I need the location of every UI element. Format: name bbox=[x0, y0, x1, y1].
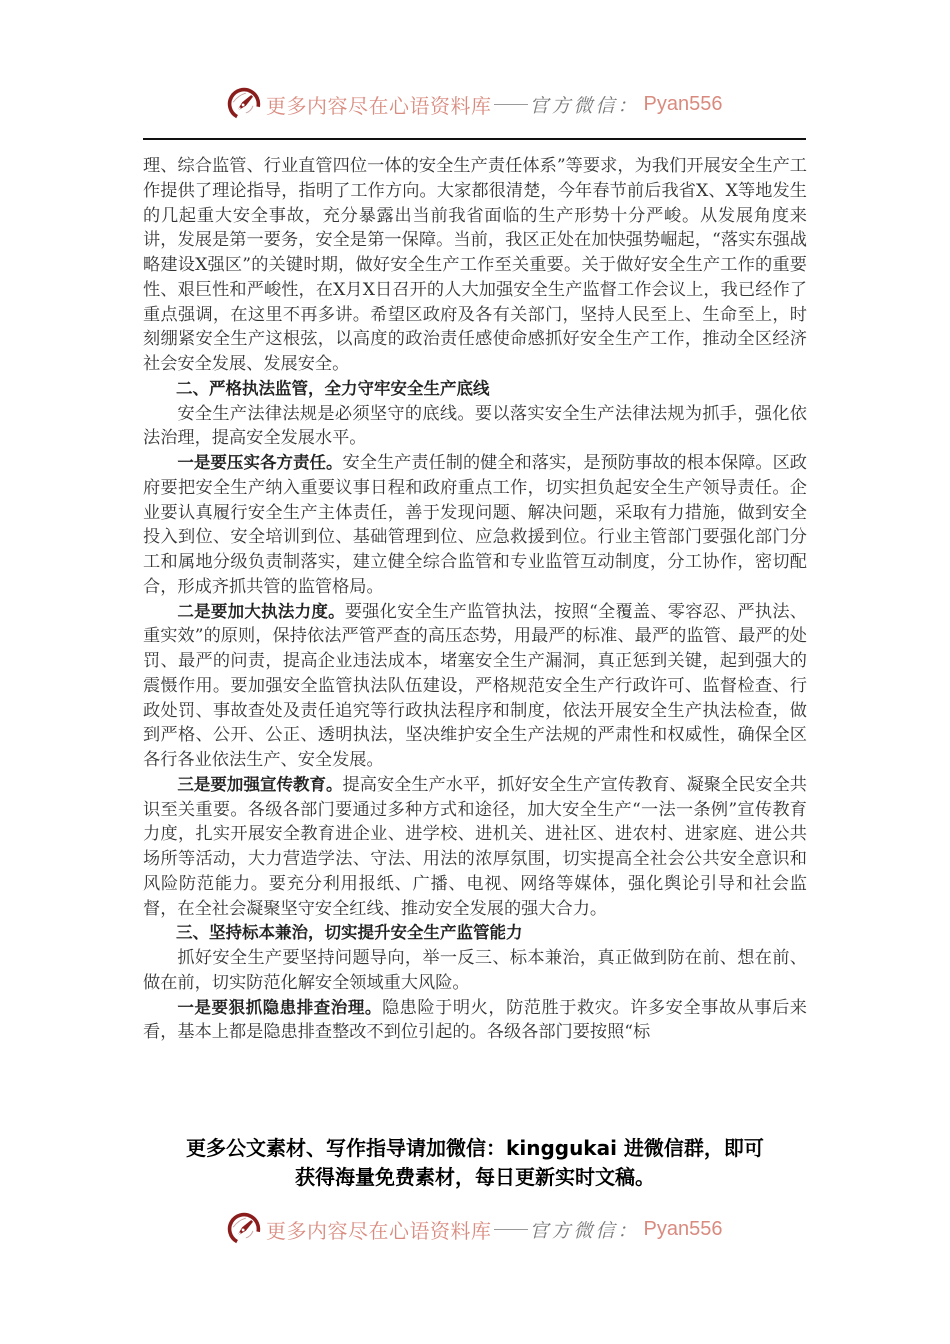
promo-banner: 更多公文素材、写作指导请加微信：kinggukai 进微信群，即可 获得海量免费… bbox=[140, 1134, 810, 1192]
section-2-intro-paragraph: 安全生产法律法规是必须坚守的底线。要以落实安全生产法律法规为抓手，强化依法治理，… bbox=[143, 402, 807, 452]
watermark-dash bbox=[494, 104, 528, 105]
lead-phrase: 三是要加强宣传教育。 bbox=[177, 775, 342, 794]
document-body: 理、综合监管、行业直管四位一体的安全生产责任体系”等要求，为我们开展安全生产工作… bbox=[143, 154, 807, 1045]
paragraph-text: 要强化安全生产监管执法，按照“全覆盖、零容忍、严执法、重实效”的原则，保持依法严… bbox=[143, 602, 807, 771]
section-heading-2: 二、严格执法监管，全力守牢安全生产底线 bbox=[143, 377, 807, 402]
section-3-intro-paragraph: 抓好安全生产要坚持问题导向，举一反三、标本兼治，真正做到防在前、想在前、做在前，… bbox=[143, 946, 807, 996]
paragraph-text: 提高安全生产水平，抓好安全生产宣传教育、凝聚全民安全共识至关重要。各级各部门要通… bbox=[143, 775, 807, 919]
watermark-wechat-id: Pyan556 bbox=[644, 93, 723, 116]
promo-line-2: 获得海量免费素材，每日更新实时文稿。 bbox=[140, 1163, 810, 1192]
section-heading-3: 三、坚持标本兼治，切实提升安全生产监管能力 bbox=[143, 921, 807, 946]
watermark-wechat-label: 官方微信： bbox=[530, 91, 640, 118]
watermark-wechat-id: Pyan556 bbox=[644, 1218, 723, 1241]
pen-nib-logo-icon bbox=[226, 1211, 262, 1247]
paragraph-text: 安全生产责任制的健全和落实，是预防事故的根本保障。区政府要把安全生产纳入重要议事… bbox=[143, 453, 807, 597]
watermark-dash bbox=[494, 1229, 528, 1230]
lead-paragraph-hazards: 一是要狠抓隐患排查治理。隐患险于明火，防范胜于救灾。许多安全事故从事后来看，基本… bbox=[143, 996, 807, 1046]
lead-phrase: 一是要压实各方责任。 bbox=[177, 453, 342, 472]
lead-paragraph-responsibility: 一是要压实各方责任。安全生产责任制的健全和落实，是预防事故的根本保障。区政府要把… bbox=[143, 451, 807, 600]
lead-phrase: 二是要加大执法力度。 bbox=[177, 602, 344, 621]
header-watermark: 更多内容尽在心语资料库 官方微信： Pyan556 bbox=[226, 84, 722, 124]
continuation-paragraph: 理、综合监管、行业直管四位一体的安全生产责任体系”等要求，为我们开展安全生产工作… bbox=[143, 154, 807, 377]
header-rule-divider bbox=[143, 138, 806, 140]
watermark-site-name: 更多内容尽在心语资料库 bbox=[266, 90, 492, 119]
watermark-site-name: 更多内容尽在心语资料库 bbox=[266, 1215, 492, 1244]
lead-phrase: 一是要狠抓隐患排查治理。 bbox=[177, 998, 382, 1017]
promo-line-1: 更多公文素材、写作指导请加微信：kinggukai 进微信群，即可 bbox=[140, 1134, 810, 1163]
watermark-wechat-label: 官方微信： bbox=[530, 1216, 640, 1243]
footer-watermark: 更多内容尽在心语资料库 官方微信： Pyan556 bbox=[226, 1209, 722, 1249]
lead-paragraph-enforcement: 二是要加大执法力度。要强化安全生产监管执法，按照“全覆盖、零容忍、严执法、重实效… bbox=[143, 600, 807, 773]
lead-paragraph-education: 三是要加强宣传教育。提高安全生产水平，抓好安全生产宣传教育、凝聚全民安全共识至关… bbox=[143, 773, 807, 922]
pen-nib-logo-icon bbox=[226, 86, 262, 122]
